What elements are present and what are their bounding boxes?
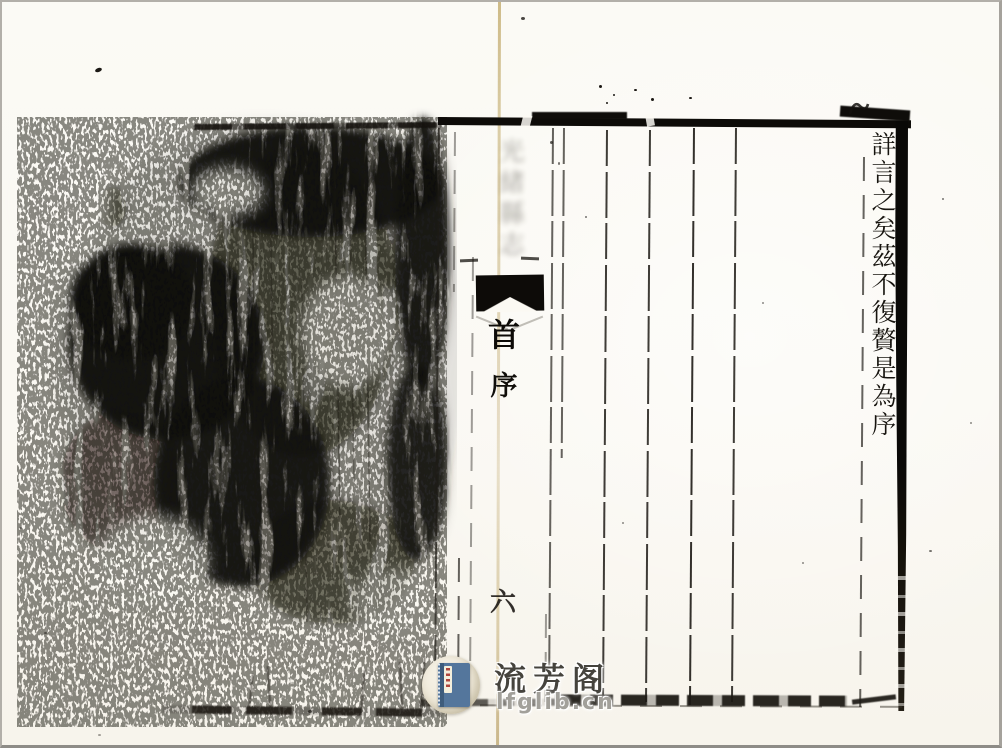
column-line: [548, 128, 554, 706]
column-line: [469, 257, 474, 702]
column-line: [689, 128, 695, 705]
closing-column-text: 詳言之矣茲不復贅是為序: [858, 125, 900, 445]
book-label-text-marks: [446, 668, 450, 690]
book-scan-page: 詳言之矣茲不復贅是為序 光緒縣志 首 序 六: [0, 0, 1002, 748]
spine-rule-dash: [460, 259, 478, 263]
border-nick: [521, 114, 533, 128]
border-lump: [532, 112, 627, 119]
ink-smudge-texture: [2, 102, 457, 742]
stray-squiggle-mark: [847, 97, 871, 119]
column-line: [561, 128, 565, 458]
watermark-logo-circle: [422, 656, 480, 714]
column-line: [731, 128, 737, 702]
spine-folio-number: 六: [481, 582, 525, 619]
spine-faint-title-illegible: 光緒縣志: [470, 130, 528, 270]
column-line: [645, 130, 651, 702]
spine-chapter-label: 序: [482, 364, 526, 403]
right-page-top-border: [438, 117, 911, 128]
right-border-worn-dashes: [895, 562, 908, 712]
spine-rule-dash: [521, 257, 539, 261]
spine-section-label: 首: [480, 310, 528, 356]
fishtail-icon: [476, 275, 544, 312]
column-line: [602, 130, 608, 704]
book-logo-icon: [438, 663, 470, 707]
border-nick: [645, 113, 655, 126]
watermark: 流芳阁 lfglib.cn: [420, 650, 650, 728]
book-label-strip: [444, 666, 452, 693]
watermark-site-url: lfglib.cn: [496, 690, 615, 715]
